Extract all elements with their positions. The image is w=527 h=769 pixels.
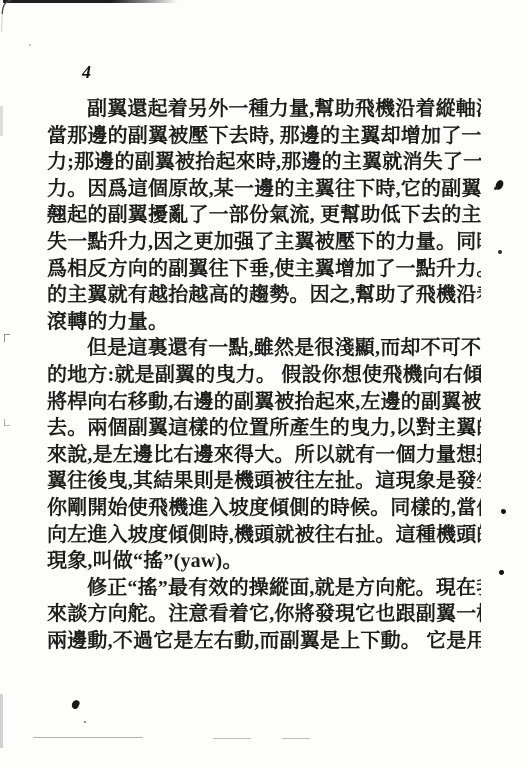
scan-speck xyxy=(494,187,497,190)
text-line: 副翼還起着另外一種力量,幫助飛機沿着縱軸滾動。 xyxy=(47,96,481,123)
text-line: 你剛開始使飛機進入坡度傾側的時候。同樣的,當你開始 xyxy=(47,495,481,522)
scan-artifact-dashed-line xyxy=(282,738,310,739)
scan-speck xyxy=(4,419,10,426)
text-line: 來談方向舵。注意看着它,你將發現它也跟副翼一樣可以 xyxy=(47,601,481,628)
scan-speck xyxy=(29,44,31,46)
text-line: 失一點升力,因之更加强了主翼被壓下的力量。同時却因 xyxy=(47,229,481,256)
scan-artifact-edge-band xyxy=(0,694,3,748)
text-line: 滾轉的力量。 xyxy=(47,309,481,336)
page-curl-mark xyxy=(0,0,20,34)
text-line: 向左進入坡度傾側時,機頭就被往右扯。這種機頭的搖擺 xyxy=(47,522,481,549)
scan-artifact-dashed-line xyxy=(213,738,251,739)
scan-artifact-top-bar xyxy=(3,0,178,3)
text-line: 當那邊的副翼被壓下去時, 那邊的主翼却增加了一點升 xyxy=(47,123,481,150)
page-number: 4 xyxy=(82,62,91,83)
body-text: 副翼還起着另外一種力量,幫助飛機沿着縱軸滾動。 當那邊的副翼被壓下去時, 那邊的… xyxy=(47,96,481,654)
ink-blot xyxy=(70,699,80,710)
text-line: 爲相反方向的副翼往下垂,使主翼增加了一點升力。那邊 xyxy=(47,256,481,283)
text-line: 的主翼就有越抬越高的趨勢。因之,幫助了飛機沿着縱軸 xyxy=(47,282,481,309)
scan-speck xyxy=(501,509,506,514)
text-line: 力。因爲這個原故,某一邊的主翼往下時,它的副翼往上, xyxy=(47,176,481,203)
text-line: 翼往後曳,其結果則是機頭被往左扯。這現象是發生在當 xyxy=(47,468,481,495)
scan-speck xyxy=(499,570,504,575)
text-line: 力;那邊的副翼被抬起來時,那邊的主翼就消失了一點升 xyxy=(47,149,481,176)
text-line: 去。兩個副翼這樣的位置所產生的曳力,以對主翼的影響 xyxy=(47,415,481,442)
text-line: 修正“搖”最有效的操縱面,就是方向舵。現在我們就 xyxy=(47,575,481,602)
scanned-page: 4 副翼還起着另外一種力量,幫助飛機沿着縱軸滾動。 當那邊的副翼被壓下去時, 那… xyxy=(0,0,527,769)
scan-speck xyxy=(84,721,86,723)
text-line: 現象,叫做“搖”(yaw)。 xyxy=(47,548,481,575)
text-line: 但是這裏還有一點,雖然是很淺顯,而却不可不注意 xyxy=(47,335,481,362)
text-line: 將桿向右移動,右邊的副翼被抬起來,左邊的副翼被壓下 xyxy=(47,389,481,416)
scan-artifact-dashed-line xyxy=(33,737,143,738)
text-line: 的地方:就是副翼的曳力。 假設你想使飛機向右傾側,你 xyxy=(47,362,481,389)
scan-smudge xyxy=(0,106,3,136)
text-line: 翹起的副翼擾亂了一部份氣流, 更幫助低下去的主翼消 xyxy=(47,202,481,229)
scan-speck xyxy=(498,250,502,254)
text-line: 兩邊動,不過它是左右動,而副翼是上下動。 它是用鉸鏈 xyxy=(47,628,481,655)
text-line: 來說,是左邊比右邊來得大。所以就有一個力量想把左主 xyxy=(47,442,481,469)
scan-speck xyxy=(4,334,10,342)
